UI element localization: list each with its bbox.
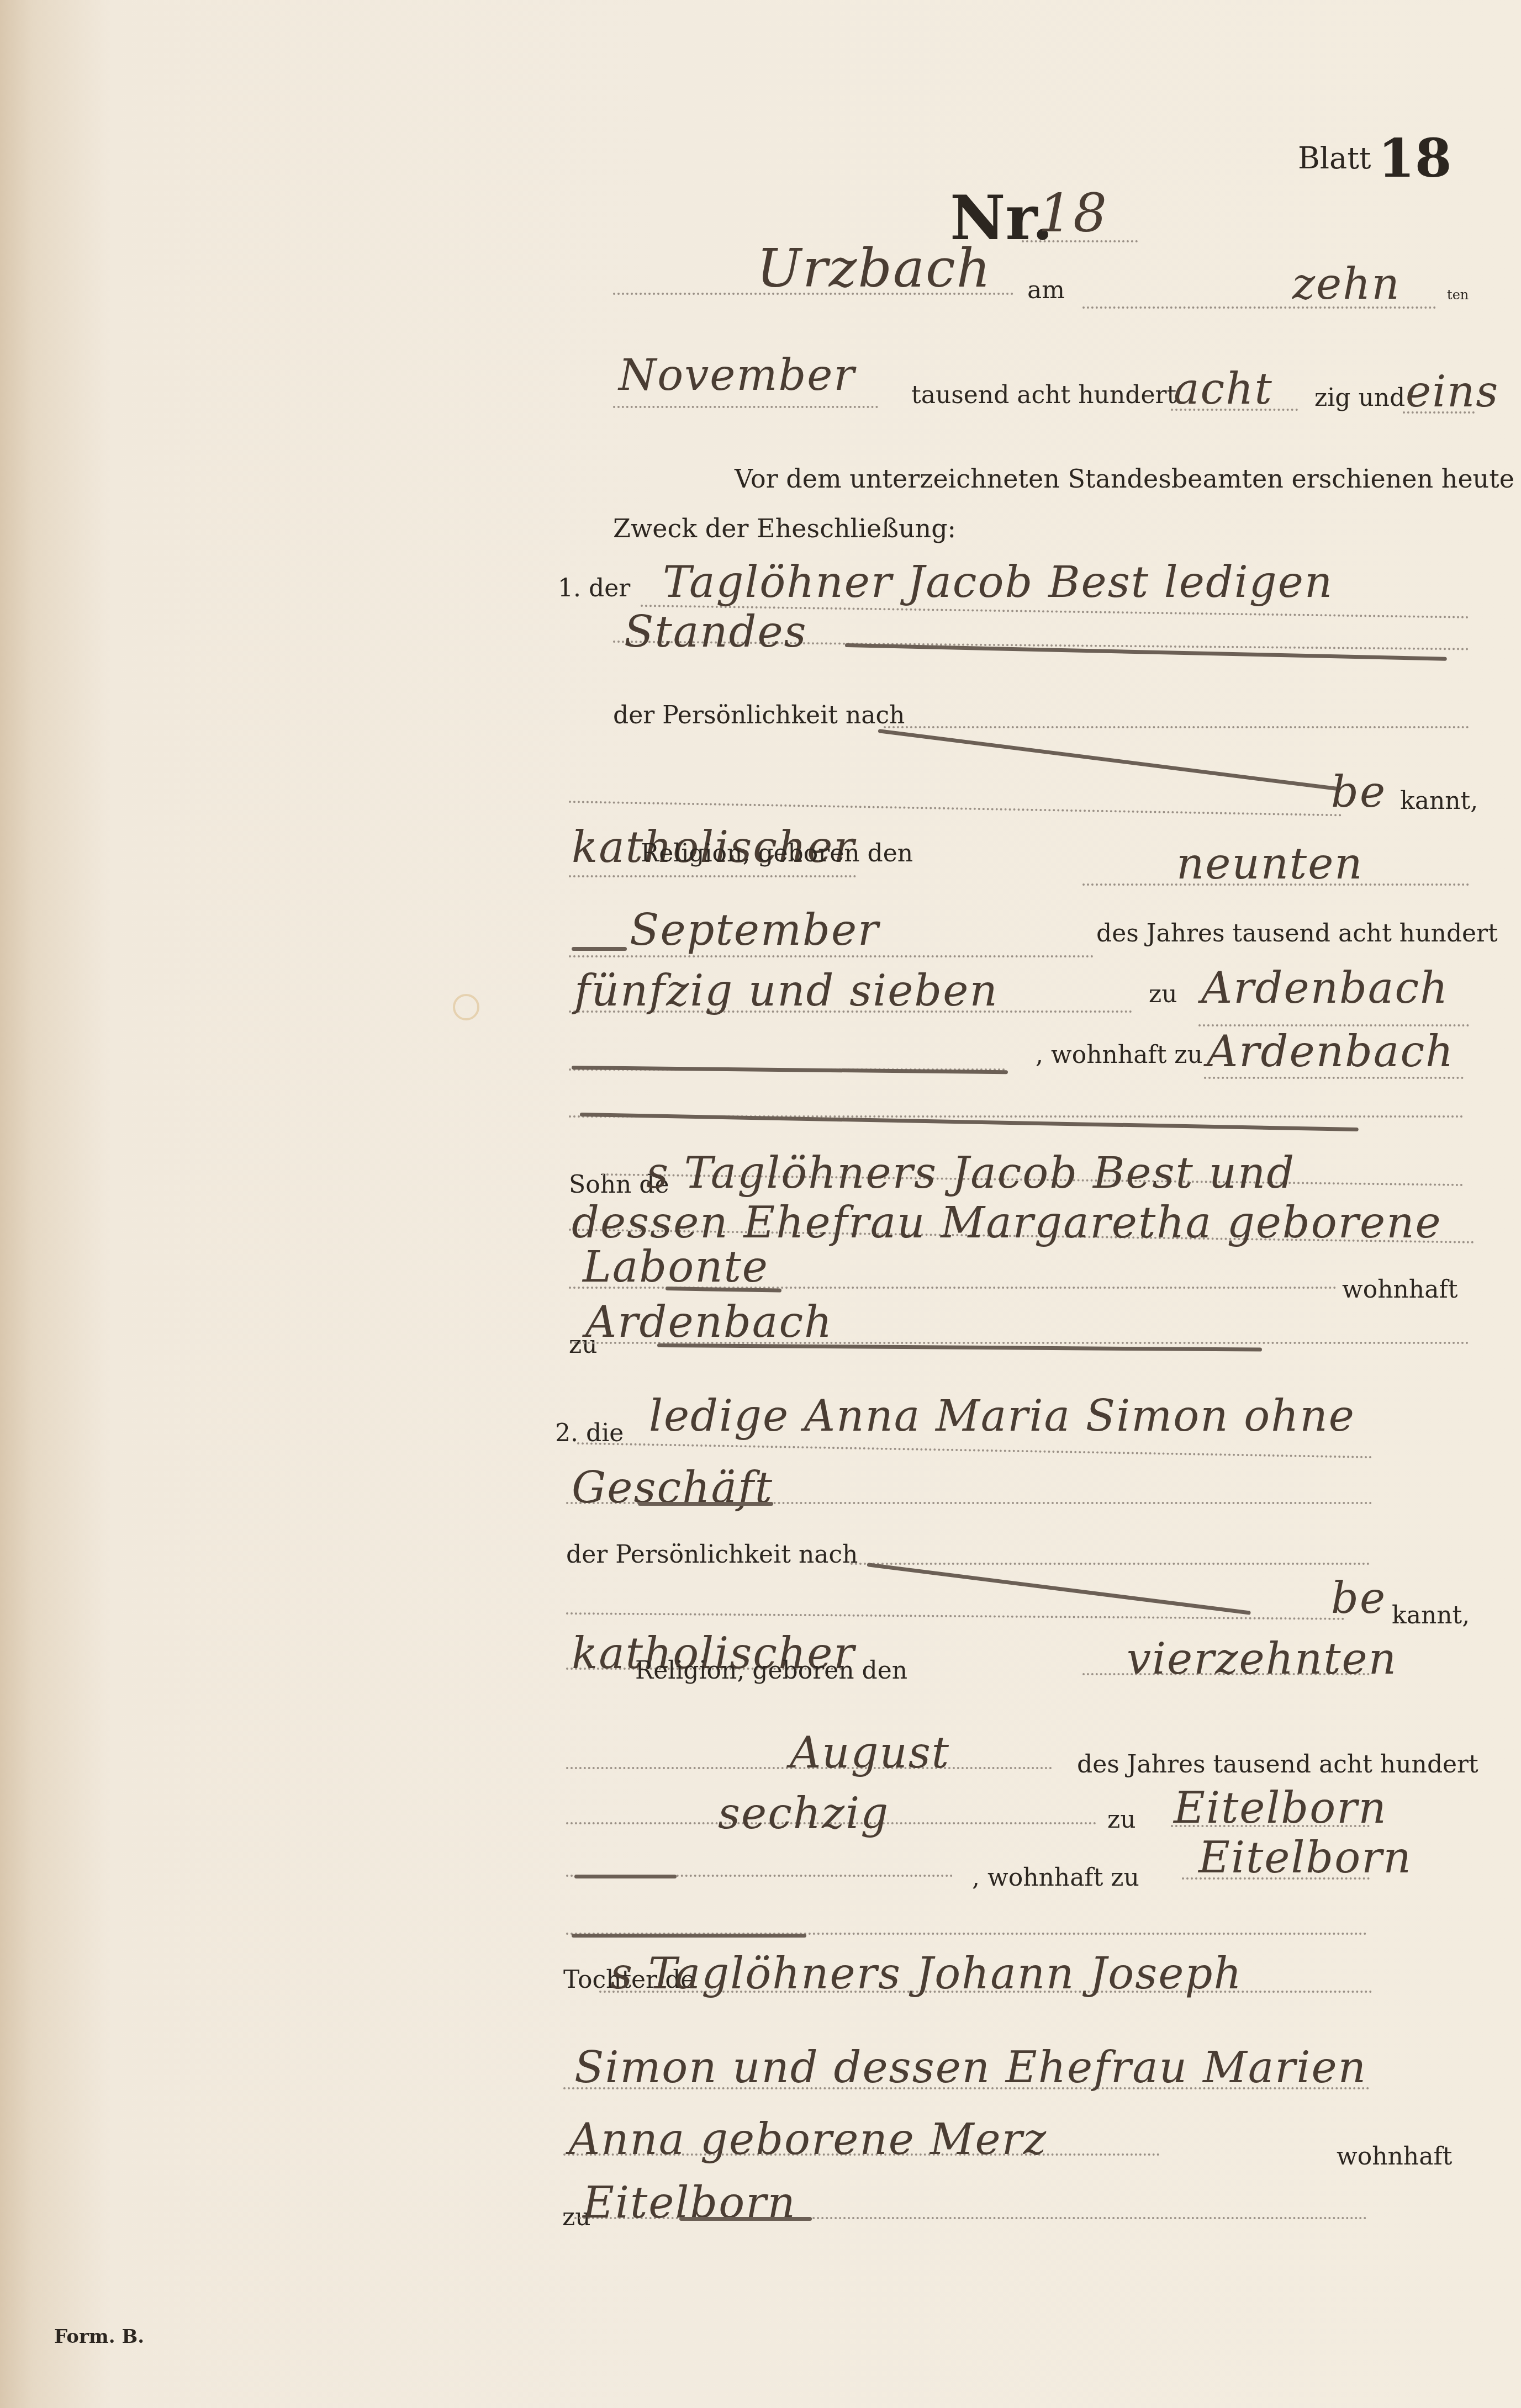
bride-bekannt-prefix: be (1331, 1574, 1386, 1623)
groom-wohnhaft-label: , wohnhaft zu (1036, 1041, 1203, 1069)
bride-religion-label: Religion, geboren den (635, 1657, 907, 1685)
groom-bekannt-label: kannt, (1400, 787, 1478, 815)
groom-religion-label: Religion, geboren den (641, 839, 913, 867)
month-field: November (619, 351, 855, 400)
bride-birthyear-field: sechzig (718, 1789, 889, 1839)
groom-persoenlichkeit-label: der Persönlichkeit nach (613, 701, 905, 729)
groom-birthmonth-dash (572, 947, 627, 951)
bride-jahres-label: des Jahres tausend acht hundert (1077, 1750, 1478, 1779)
bride-name-field: ledige Anna Maria Simon ohne (649, 1391, 1355, 1441)
groom-birthplace-line (1198, 1024, 1469, 1026)
groom-birthmonth-field: September (630, 906, 879, 955)
bride-birthplace-field: Eitelborn (1174, 1783, 1387, 1833)
place-field: Urzbach (757, 237, 992, 299)
groom-jahres-label: des Jahres tausend acht hundert (1096, 919, 1498, 948)
zig-label: zig und (1314, 384, 1405, 412)
groom-wohnhaft-fill-stroke (572, 1066, 1008, 1074)
bride-parents-wohnhaft-label: wohnhaft (1337, 2142, 1452, 2171)
bride-residence-field: Eitelborn (1198, 1833, 1412, 1883)
bride-persoenlichkeit-label: der Persönlichkeit nach (566, 1541, 858, 1569)
bride-zu-label: zu (1107, 1806, 1136, 1834)
tausend-label: tausend acht hundert (911, 381, 1176, 409)
bride-persoenlichkeit-line (851, 1563, 1370, 1565)
day-suffix: ten (1447, 287, 1469, 303)
groom-residence-line (1204, 1077, 1464, 1079)
groom-birthyear-field: fünfzig und sieben (574, 966, 999, 1016)
bride-bekannt-line (566, 1612, 1345, 1620)
bride-name-line (577, 1442, 1372, 1458)
form-label: Form. B. (54, 2326, 144, 2348)
bride-birthmonth-field: August (790, 1728, 950, 1778)
groom-maiden-field: Labonte (583, 1242, 769, 1292)
groom-birthday-field: neunten (1176, 839, 1364, 889)
groom-parents-wohnhaft-label: wohnhaft (1342, 1276, 1457, 1304)
decade-field: acht (1174, 364, 1273, 414)
nr-underline (1022, 240, 1138, 242)
day-field: zehn (1292, 260, 1401, 309)
bride-status-fill-stroke (638, 1502, 773, 1506)
bride-birthday-field: vierzehnten (1127, 1634, 1397, 1684)
blatt-label: Blatt (1298, 141, 1371, 176)
intro-line-2: Zweck der Eheschließung: (613, 514, 956, 543)
bride-bekannt-label: kannt, (1392, 1601, 1470, 1629)
groom-residence-field: Ardenbach (1207, 1027, 1454, 1077)
groom-mother-field: dessen Ehefrau Margaretha geborene (572, 1198, 1442, 1248)
bride-mother-field: Anna geborene Merz (569, 2115, 1047, 2164)
year-unit-field: eins (1406, 367, 1499, 417)
groom-birthmonth-line (569, 955, 1094, 957)
groom-bekannt-line (569, 801, 1342, 816)
bride-wohnhaft-label: , wohnhaft zu (972, 1864, 1139, 1892)
groom-parents-fill-stroke (657, 1343, 1262, 1352)
bride-blank-fill-stroke (572, 1934, 806, 1938)
groom-birthplace-field: Ardenbach (1201, 964, 1449, 1013)
month-line (613, 406, 878, 408)
bride-father-cont-field: Simon und dessen Ehefrau Marien (574, 2043, 1367, 2093)
bride-parents-fill-stroke (679, 2217, 812, 2221)
groom-number-label: 1. der (558, 574, 630, 602)
groom-name-field: Taglöhner Jacob Best ledigen (663, 558, 1333, 607)
groom-zu-label: zu (1149, 980, 1177, 1008)
groom-religion-line (569, 875, 856, 877)
groom-persoenlichkeit-line (884, 726, 1469, 728)
nr-value: 18 (1038, 182, 1108, 244)
register-page: Blatt 18 Nr. 18 Urzbach am zehn ten Nove… (0, 0, 1521, 2408)
groom-persoenlichkeit-strike (878, 729, 1339, 791)
paper-stain (453, 994, 479, 1020)
am-label: am (1027, 276, 1065, 304)
groom-father-field: s Taglöhners Jacob Best und (646, 1149, 1295, 1198)
groom-bekannt-prefix: be (1331, 768, 1386, 817)
groom-parents-residence-field: Ardenbach (585, 1298, 833, 1347)
bride-persoenlichkeit-strike (867, 1563, 1251, 1615)
groom-status-field: Standes (624, 607, 807, 657)
bride-father-field: s Taglöhners Johann Joseph (610, 1949, 1243, 1999)
blatt-number: 18 (1378, 127, 1452, 189)
bride-wohnhaft-fill-stroke (574, 1875, 677, 1878)
intro-line-1: Vor dem unterzeichneten Standesbeamten e… (735, 464, 1521, 494)
